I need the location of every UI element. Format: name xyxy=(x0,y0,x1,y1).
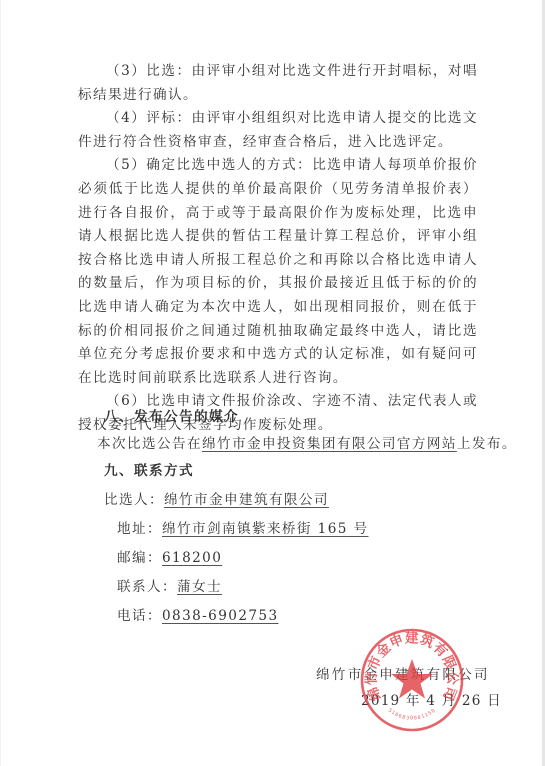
contact-value: 618200 xyxy=(162,550,222,566)
contact-value: 蒲女士 xyxy=(177,579,222,595)
document-body: （3）比选：由评审小组对比选文件进行开封唱标，对唱标结果进行确认。 （4）评标：… xyxy=(78,60,478,438)
contact-address: 地址：绵竹市剑南镇紫来桥街 165 号 xyxy=(117,517,369,537)
contact-label: 邮编： xyxy=(117,550,162,566)
company-seal: 绵竹市金申建筑有限公司 5106830001150 xyxy=(359,627,465,733)
publication-text-after: 上发布。 xyxy=(457,436,517,452)
contact-tenderer: 比选人：绵竹市金申建筑有限公司 xyxy=(104,488,329,508)
contact-label: 比选人： xyxy=(104,492,164,508)
publication-text-before: 本次比选公告在 xyxy=(97,436,202,452)
contact-value: 绵竹市剑南镇紫来桥街 165 号 xyxy=(162,521,369,537)
document-page: （3）比选：由评审小组对比选文件进行开封唱标，对唱标结果进行确认。 （4）评标：… xyxy=(0,0,545,766)
contact-label: 联系人： xyxy=(117,579,177,595)
section-8-heading: 八、发布公告的媒介 xyxy=(78,405,239,425)
publication-media-line: 本次比选公告在绵竹市金申投资集团有限公司官方网站上发布。 xyxy=(97,432,517,452)
contact-value[interactable]: 0838-6902753 xyxy=(162,608,279,624)
contact-person: 联系人：蒲女士 xyxy=(117,575,222,595)
svg-text:5106830001150: 5106830001150 xyxy=(387,707,437,721)
paragraph-3: （3）比选：由评审小组对比选文件进行开封唱标，对唱标结果进行确认。 xyxy=(78,60,478,107)
contact-phone: 电话：0838-6902753 xyxy=(117,604,279,624)
contact-label: 电话： xyxy=(117,608,162,624)
paragraph-5: （5）确定比选中选人的方式：比选申请人每项单价报价必须低于比选人提供的单价最高限… xyxy=(78,154,478,390)
company-seal-graphic: 绵竹市金申建筑有限公司 5106830001150 xyxy=(359,627,465,733)
star-icon xyxy=(391,659,433,699)
contact-value: 绵竹市金申建筑有限公司 xyxy=(164,492,329,508)
paragraph-4: （4）评标：由评审小组组织对比选申请人提交的比选文件进行符合性资格审查，经审查合… xyxy=(78,107,478,154)
publication-media-link[interactable]: 绵竹市金申投资集团有限公司官方网站 xyxy=(202,436,457,452)
section-9-heading: 九、联系方式 xyxy=(78,459,194,479)
contact-label: 地址： xyxy=(117,521,162,537)
contact-postcode: 邮编：618200 xyxy=(117,546,222,566)
